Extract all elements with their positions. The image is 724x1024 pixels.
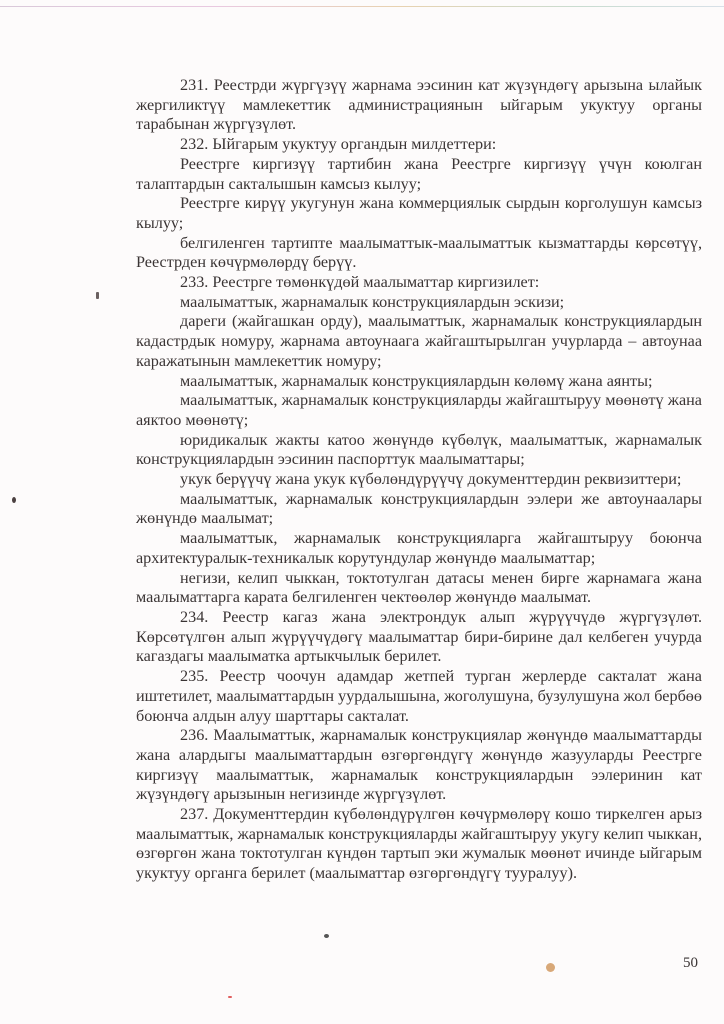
scan-speck: [12, 497, 16, 503]
paragraph-233-item: маалыматтык, жарнамалык конструкцияларды…: [136, 490, 702, 529]
paragraph-233: 233. Реестрге төмөнкүдөй маалыматтар кир…: [136, 273, 702, 293]
paragraph-232-item: Реестрге кирүү укугунун жана коммерциялы…: [136, 194, 702, 233]
scan-speck: [228, 996, 232, 998]
paragraph-233-item: маалыматтык, жарнамалык конструкцияларды…: [136, 391, 702, 430]
scan-speck: [96, 292, 99, 299]
paragraph-234: 234. Реестр кагаз жана электрондук алып …: [136, 608, 702, 667]
paragraph-233-item: маалыматтык, жарнамалык конструкцияларды…: [136, 372, 702, 392]
paragraph-232-item: белгиленген тартипте маалыматтык-маалыма…: [136, 234, 702, 273]
paragraph-237: 237. Документтердин күбөлөндүрүлгөн көчү…: [136, 805, 702, 884]
paragraph-233-item: дареги (жайгашкан орду), маалыматтык, жа…: [136, 312, 702, 371]
paragraph-233-item: укук берүүчү жана укук күбөлөндүрүүчү до…: [136, 470, 702, 490]
paragraph-233-item: маалыматтык, жарнамалык конструкцияларга…: [136, 529, 702, 568]
paragraph-235: 235. Реестр чоочун адамдар жетпей турган…: [136, 667, 702, 726]
scan-top-edge: [0, 6, 724, 7]
scan-stain: [546, 963, 555, 972]
paragraph-236: 236. Маалыматтык, жарнамалык конструкция…: [136, 726, 702, 805]
paragraph-233-item: маалыматтык, жарнамалык конструкцияларды…: [136, 293, 702, 313]
paragraph-232-item: Реестрге киргизүү тартибин жана Реестрге…: [136, 155, 702, 194]
document-page: 231. Реестрди жүргүзүү жарнама ээсинин к…: [136, 76, 702, 884]
scan-speck: [324, 934, 329, 938]
paragraph-232: 232. Ыйгарым укуктуу органдын милдеттери…: [136, 135, 702, 155]
paragraph-233-item: юридикалык жакты катоо жөнүндө күбөлүк, …: [136, 431, 702, 470]
paragraph-233-item: негизи, келип чыккан, токтотулган датасы…: [136, 569, 702, 608]
page-number: 50: [683, 955, 698, 972]
paragraph-231: 231. Реестрди жүргүзүү жарнама ээсинин к…: [136, 76, 702, 135]
